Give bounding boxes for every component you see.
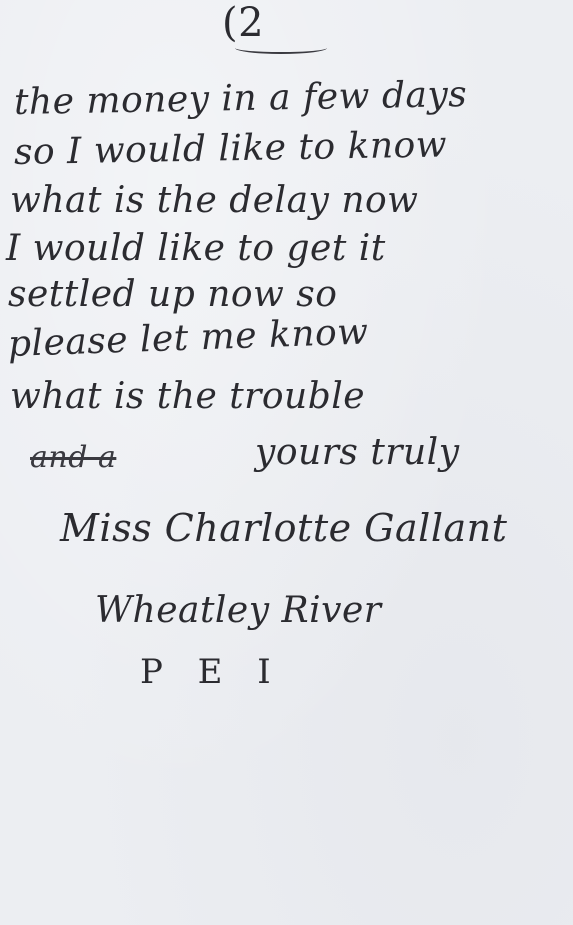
page-number: (2: [222, 0, 264, 46]
signature: Miss Charlotte Gallant: [60, 506, 507, 550]
body-line-5: settled up now so: [8, 274, 337, 315]
body-line-7: what is the trouble: [10, 376, 365, 417]
page-number-underline: [235, 42, 327, 54]
address-line-1: Wheatley River: [95, 590, 382, 631]
letter-page: (2 the money in a few days so I would li…: [0, 0, 573, 925]
body-line-2: so I would like to know: [14, 124, 448, 173]
body-line-6: please let me know: [7, 311, 369, 365]
address-line-2: P E I: [140, 652, 283, 692]
body-line-4: I would like to get it: [6, 228, 386, 269]
body-line-3: what is the delay now: [10, 180, 419, 221]
body-line-1: the money in a few days: [14, 74, 468, 123]
closing: yours truly: [255, 432, 460, 473]
struck-out-text: and a: [30, 440, 116, 475]
